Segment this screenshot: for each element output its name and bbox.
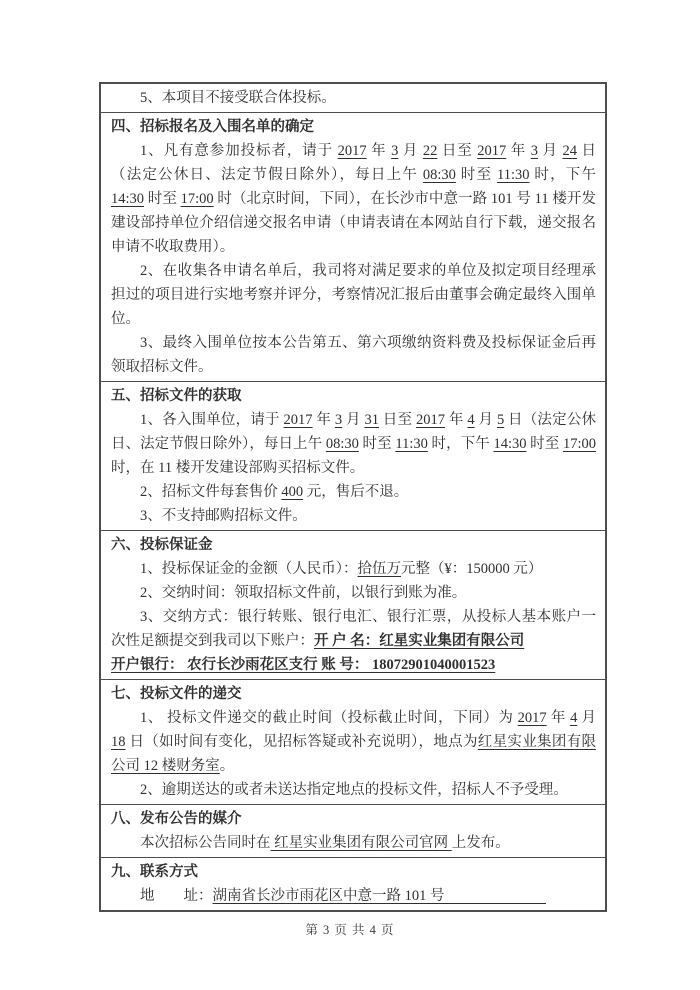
paragraph: 1、凡有意参加投标者，请于 2017 年 3 月 22 日至 2017 年 3 … <box>111 139 596 259</box>
text-run: 时，下午 <box>530 167 596 183</box>
text-run: 本次招标公告同时在 <box>140 835 271 851</box>
section-heading: 九、联系方式 <box>111 860 596 884</box>
text-run: 时至 <box>456 167 497 183</box>
underlined-text-run: 2017 <box>284 412 313 428</box>
underlined-text-run: 2017 <box>477 143 506 159</box>
text-run: 。 <box>220 758 235 774</box>
paragraph: 2、在收集各申请名单后，我司将对满足要求的单位及拟定项目经理承担过的项目进行实地… <box>111 259 596 331</box>
underlined-text-run: 3 <box>531 143 538 159</box>
paragraph: 1、各入围单位，请于 2017 年 3 月 31 日至 2017 年 4 月 5… <box>111 408 596 480</box>
section-row: 五、招标文件的获取1、各入围单位，请于 2017 年 3 月 31 日至 201… <box>101 382 605 531</box>
text-run: 3、最终入围单位按本公告第五、第六项缴纳资料费及投标保证金后再领取招标文件。 <box>111 335 596 375</box>
paragraph: 3、最终入围单位按本公告第五、第六项缴纳资料费及投标保证金后再领取招标文件。 <box>111 331 596 379</box>
underlined-text-run: 拾伍万 <box>358 561 402 577</box>
text-run: 3、不支持邮购招标文件。 <box>140 508 307 524</box>
underlined-text-run: 11:30 <box>497 167 530 183</box>
text-run: 5、本项目不接受联合体投标。 <box>140 90 336 106</box>
paragraph: 2、招标文件每套售价 400 元，售后不退。 <box>111 480 596 504</box>
paragraph: 2、逾期送达的或者未送达指定地点的投标文件，招标人不予受理。 <box>111 778 596 802</box>
text-run: 时至 <box>359 436 396 452</box>
underlined-text-run: 4 <box>467 412 474 428</box>
page-number-text: 第 3 页 共 4 页 <box>305 923 394 937</box>
underlined-text-run: 湖南省长沙市雨花区中意一路 101 号 <box>213 888 547 904</box>
paragraph: 本次招标公告同时在 红星实业集团有限公司官网 上发布。 <box>111 831 596 855</box>
text-run: 日至 <box>437 143 477 159</box>
paragraph: 3、交纳方式：银行转账、银行电汇、银行汇票，从投标人基本账户一次性足额提交到我司… <box>111 605 596 653</box>
text-run: 元，售后不退。 <box>303 484 408 500</box>
section-heading: 五、招标文件的获取 <box>111 384 596 408</box>
underlined-text-run: 2017 <box>416 412 445 428</box>
underlined-text-run: 08:30 <box>326 436 359 452</box>
section-row: 四、招标报名及入围名单的确定1、凡有意参加投标者，请于 2017 年 3 月 2… <box>101 113 605 382</box>
document-page: 5、本项目不接受联合体投标。四、招标报名及入围名单的确定1、凡有意参加投标者，请… <box>0 0 700 990</box>
text-run: 年 <box>445 412 467 428</box>
section-heading: 六、投标保证金 <box>111 533 596 557</box>
page-footer: 第 3 页 共 4 页 <box>0 920 700 938</box>
text-run: 2、交纳时间：领取招标文件前，以银行到账为准。 <box>140 585 466 601</box>
underlined-text-run: 开户银行： 农行长沙雨花区支行 账 号： 18072901040001523 <box>111 657 495 673</box>
text-run: 1、凡有意参加投标者，请于 <box>140 143 338 159</box>
text-run: 2、在收集各申请名单后，我司将对满足要求的单位及拟定项目经理承担过的项目进行实地… <box>111 263 596 327</box>
text-run: 年 <box>506 143 530 159</box>
underlined-text-run: 08:30 <box>423 167 456 183</box>
text-run: 时，在 11 楼开发建设部购买招标文件。 <box>111 460 364 476</box>
paragraph: 开户银行： 农行长沙雨花区支行 账 号： 18072901040001523 <box>111 653 596 677</box>
section-row: 八、发布公告的媒介本次招标公告同时在 红星实业集团有限公司官网 上发布。 <box>101 805 605 858</box>
text-run: 1、各入围单位，请于 <box>140 412 284 428</box>
text-run: 时至 <box>144 191 181 207</box>
section-row: 六、投标保证金1、投标保证金的金额（人民币）：拾伍万元整（¥：150000 元）… <box>101 531 605 680</box>
text-run: 年 <box>367 143 391 159</box>
section-heading: 八、发布公告的媒介 <box>111 807 596 831</box>
underlined-text-run: 31 <box>364 412 379 428</box>
text-run: 上发布。 <box>452 835 510 851</box>
underlined-text-run: 14:30 <box>493 436 526 452</box>
tender-notice-table: 5、本项目不接受联合体投标。四、招标报名及入围名单的确定1、凡有意参加投标者，请… <box>99 82 607 912</box>
section-row: 5、本项目不接受联合体投标。 <box>101 84 605 113</box>
underlined-text-run: 17:00 <box>181 191 214 207</box>
underlined-text-run: 24 <box>562 143 577 159</box>
text-run: 地 址： <box>140 888 213 904</box>
paragraph: 1、 投标文件递交的截止时间（投标截止时间，下同）为 2017 年 4 月 18… <box>111 706 596 778</box>
text-run: 月 <box>398 143 422 159</box>
underlined-text-run: 17:00 <box>563 436 596 452</box>
text-run: 1、 投标文件递交的截止时间（投标截止时间，下同）为 <box>140 710 518 726</box>
underlined-text-run: 11:30 <box>395 436 428 452</box>
text-run: 月 <box>538 143 562 159</box>
text-run: 年 <box>547 710 570 726</box>
underlined-text-run: 红星实业集团有限公司官网 <box>271 835 452 851</box>
text-run: 2、招标文件每套售价 <box>140 484 281 500</box>
underlined-text-run: 2017 <box>338 143 367 159</box>
underlined-text-run: 18 <box>111 734 126 750</box>
underlined-text-run: 14:30 <box>111 191 144 207</box>
text-run: 时，下午 <box>428 436 494 452</box>
paragraph: 5、本项目不接受联合体投标。 <box>111 86 596 110</box>
section-row: 七、投标文件的递交1、 投标文件递交的截止时间（投标截止时间，下同）为 2017… <box>101 680 605 805</box>
text-run: 月 <box>342 412 364 428</box>
paragraph: 2、交纳时间：领取招标文件前，以银行到账为准。 <box>111 581 596 605</box>
underlined-text-run: 2017 <box>518 710 547 726</box>
text-run: 1、投标保证金的金额（人民币）： <box>140 561 358 577</box>
section-row: 九、联系方式地 址：湖南省长沙市雨花区中意一路 101 号 <box>101 858 605 910</box>
paragraph: 1、投标保证金的金额（人民币）：拾伍万元整（¥：150000 元） <box>111 557 596 581</box>
underlined-text-run: 22 <box>423 143 438 159</box>
text-run: 时至 <box>527 436 564 452</box>
text-run: 月 <box>475 412 497 428</box>
text-run: 日至 <box>379 412 416 428</box>
underlined-text-run: 400 <box>281 484 303 500</box>
section-heading: 四、招标报名及入围名单的确定 <box>111 115 596 139</box>
text-run: 年 <box>313 412 335 428</box>
text-run: 日（如时间有变化，见招标答疑或补充说明），地点为 <box>126 734 478 750</box>
paragraph: 3、不支持邮购招标文件。 <box>111 504 596 528</box>
text-run: 月 <box>577 710 596 726</box>
underlined-text-run: 开 户 名：红星实业集团有限公司 <box>314 633 524 649</box>
text-run: 2、逾期送达的或者未送达指定地点的投标文件，招标人不予受理。 <box>140 782 568 798</box>
text-run: 元整（¥：150000 元） <box>401 561 542 577</box>
section-heading: 七、投标文件的递交 <box>111 682 596 706</box>
paragraph: 地 址：湖南省长沙市雨花区中意一路 101 号 <box>111 884 596 908</box>
